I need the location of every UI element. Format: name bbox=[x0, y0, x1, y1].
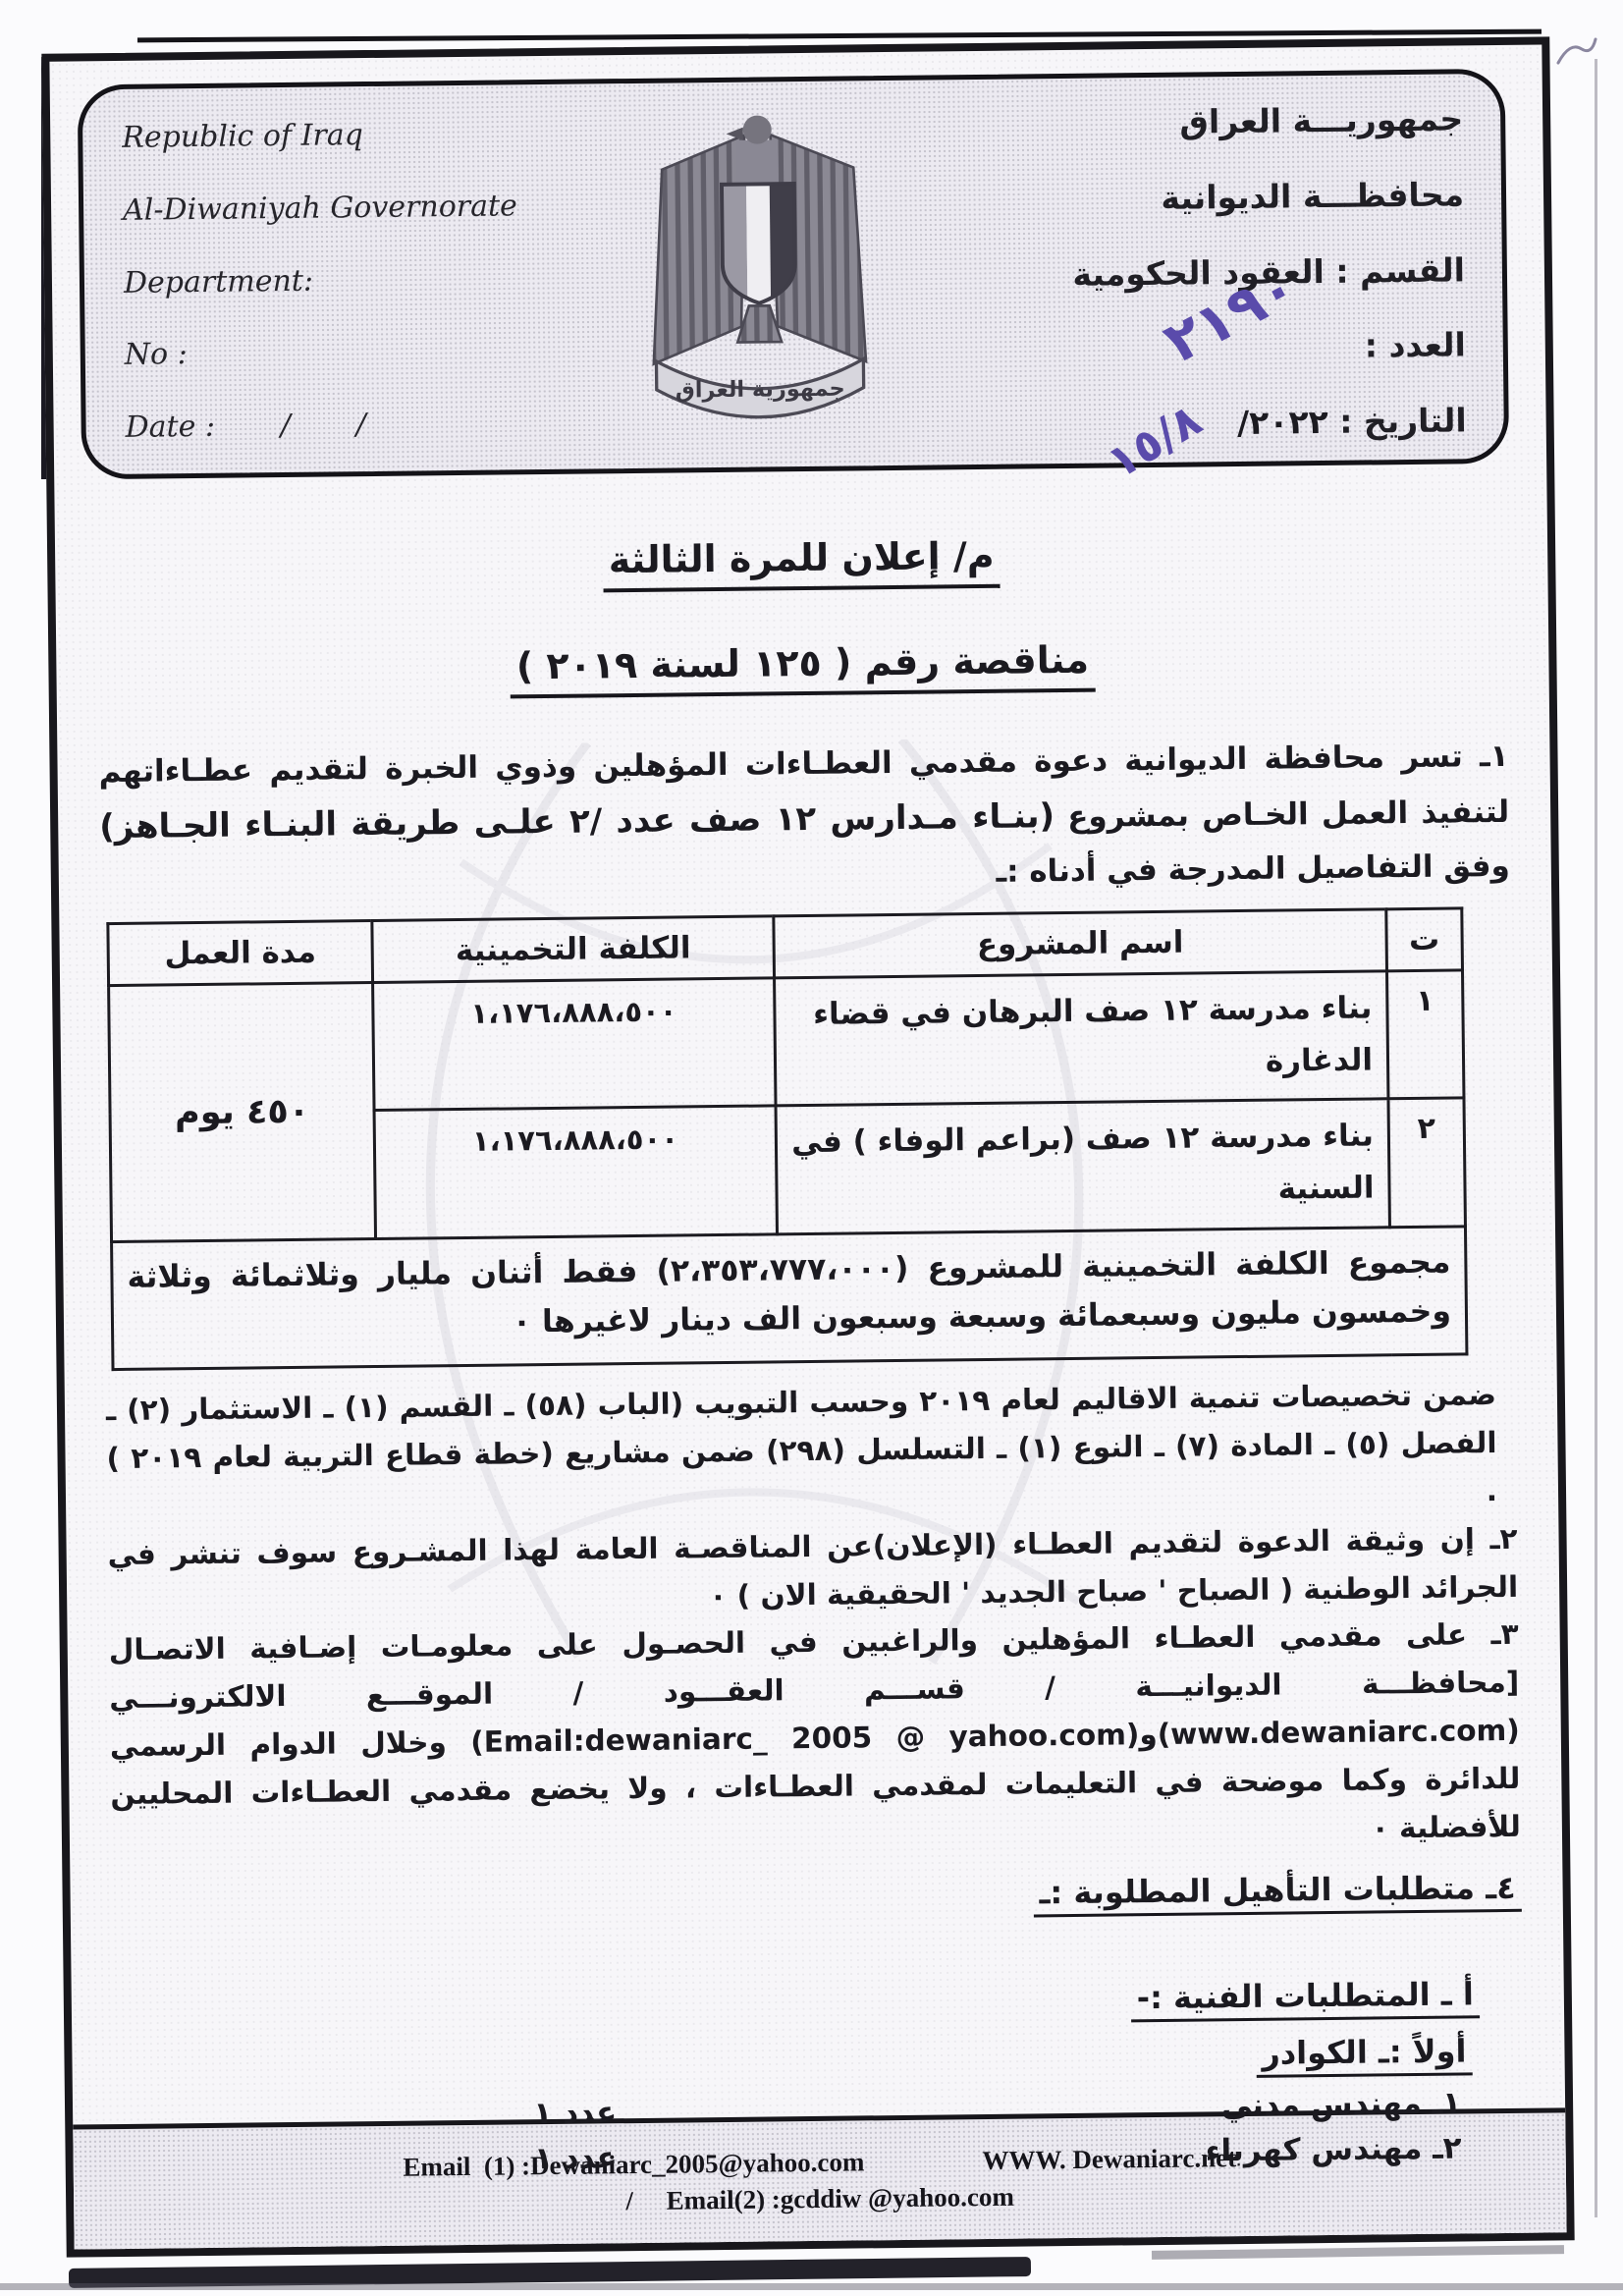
governorate-ar: محافظـــة الديوانية bbox=[977, 175, 1464, 219]
technical-heading-text: أ ـ المتطلبات الفنية :- bbox=[1131, 1976, 1481, 2023]
table-row: ١ بناء مدرسة ١٢ صف البرهان في قضاء الدغا… bbox=[109, 970, 1464, 1114]
project-cost: ١،١٧٦،٨٨٨،٥٠٠ bbox=[374, 1106, 777, 1238]
document-frame: Republic of Iraq Al-Diwaniyah Governorat… bbox=[41, 36, 1574, 2257]
qualification-requirements-heading: ٤ـ متطلبات التأهيل المطلوبة :ـ bbox=[111, 1869, 1521, 1928]
staff-role: ١ـ مهندس مدني bbox=[617, 2086, 1461, 2131]
paragraph-1-tail: وفق التفاصيل المدرجة في أدناه :ـ bbox=[996, 848, 1510, 890]
date-year: ٢٠٢٢/ bbox=[1237, 403, 1328, 442]
table-total-row: مجموع الكلفة التخمينية للمشروع (٢،٣٥٣،٧٧… bbox=[112, 1227, 1467, 1369]
iraq-coat-of-arms-icon: جمهورية العراق bbox=[615, 102, 903, 429]
page-title: م/ إعلان للمرة الثالثة bbox=[96, 528, 1507, 598]
total-cost-text: مجموع الكلفة التخمينية للمشروع (٢،٣٥٣،٧٧… bbox=[112, 1227, 1467, 1369]
emblem-banner-text: جمهورية العراق bbox=[676, 376, 845, 404]
country-ar: جمهوريـــة العراق bbox=[976, 99, 1463, 143]
footer-email-2: / Email(2) :gcddiw @yahoo.com bbox=[625, 2182, 1014, 2216]
col-header-duration: مدة العمل bbox=[108, 921, 373, 986]
qualification-heading-text: ٤ـ متطلبات التأهيل المطلوبة :ـ bbox=[1033, 1869, 1522, 1918]
date-line-ar: التاريخ : ٢٠٢٢/ ١٥/٨ bbox=[979, 401, 1466, 445]
projects-table: ت اسم المشروع الكلفة التخمينية مدة العمل… bbox=[106, 907, 1468, 1371]
project-cost: ١،١٧٦،٨٨٨،٥٠٠ bbox=[373, 978, 776, 1111]
paragraph-2: ٢ـ إن وثيقة الدعوة لتقديم العطـاء (الإعل… bbox=[107, 1514, 1518, 1626]
handwritten-date: ١٥/٨ bbox=[1098, 393, 1210, 489]
project-name: بناء مدرسة ١٢ صف البرهان في قضاء الدغارة bbox=[775, 971, 1388, 1106]
staff-requirement-row: ١ـ مهندس مدني عدد ١ bbox=[114, 2086, 1461, 2137]
letterhead: Republic of Iraq Al-Diwaniyah Governorat… bbox=[78, 69, 1509, 479]
emblem-container: جمهورية العراق bbox=[538, 95, 980, 454]
number-label-ar: العدد : bbox=[1365, 326, 1466, 365]
department-field-en: Department: bbox=[124, 261, 540, 301]
staff-count: عدد ١ bbox=[533, 2096, 617, 2132]
document-body: م/ إعلان للمرة الثالثة مناقصة رقم ( ١٢٥ … bbox=[96, 489, 1525, 2181]
row-index: ٢ bbox=[1388, 1098, 1465, 1227]
photocopy-bottom-streak bbox=[0, 2283, 1623, 2290]
country-en: Republic of Iraq bbox=[122, 116, 538, 155]
project-name-emphasis: (بنـاء مـدارس ١٢ صف عدد /٢ علـى طريقة ال… bbox=[99, 796, 1055, 847]
tender-number: مناقصة رقم ( ١٢٥ لسنة ٢٠١٩ ) bbox=[511, 638, 1096, 699]
paragraph-1: ١ـ تسر محافظة الديوانية دعوة مقدمي العطـ… bbox=[98, 731, 1510, 908]
governorate-en: Al-Diwaniyah Governorate bbox=[123, 189, 539, 228]
date-label-ar: التاريخ : bbox=[1339, 401, 1467, 440]
work-duration: ٤٥٠ يوم bbox=[109, 983, 376, 1242]
technical-requirements-heading: أ ـ المتطلبات الفنية :- bbox=[113, 1976, 1480, 2035]
budget-classification-paragraph: ضمن تخصيصات تنمية الاقاليم لعام ٢٠١٩ وحس… bbox=[106, 1370, 1518, 1530]
number-field-en: No : bbox=[125, 333, 541, 372]
scanned-document-page: Republic of Iraq Al-Diwaniyah Governorat… bbox=[0, 0, 1623, 2296]
photocopy-bottom-streak bbox=[1152, 2245, 1564, 2260]
project-name: بناء مدرسة ١٢ صف (براعم الوفاء ) في السن… bbox=[776, 1099, 1389, 1233]
date-field-en: Date : / / bbox=[125, 406, 541, 445]
announcement-title: م/ إعلان للمرة الثالثة bbox=[602, 534, 1001, 593]
paragraph-3: ٣ـ على مقدمي العطـاء المؤهلين والراغبين … bbox=[108, 1611, 1521, 1867]
staff-count: عدد ١ bbox=[534, 2141, 618, 2177]
col-header-project-name: اسم المشروع bbox=[774, 909, 1387, 978]
letterhead-arabic: جمهوريـــة العراق محافظـــة الديوانية ال… bbox=[976, 89, 1471, 449]
photocopy-edge-line bbox=[1595, 59, 1597, 2217]
col-header-index: ت bbox=[1386, 908, 1463, 971]
cadres-heading: أولاً :ـ الكوادر bbox=[113, 2033, 1472, 2092]
row-index: ١ bbox=[1387, 970, 1464, 1099]
col-header-estimated-cost: الكلفة التخمينية bbox=[372, 916, 775, 983]
number-line-ar: العدد : ٢١٩٠ bbox=[979, 326, 1466, 370]
tender-number-title: مناقصة رقم ( ١٢٥ لسنة ٢٠١٩ ) bbox=[97, 633, 1508, 703]
pen-scribble-mark bbox=[1552, 33, 1601, 73]
letterhead-english: Republic of Iraq Al-Diwaniyah Governorat… bbox=[116, 100, 542, 459]
cadres-heading-text: أولاً :ـ الكوادر bbox=[1256, 2033, 1473, 2078]
